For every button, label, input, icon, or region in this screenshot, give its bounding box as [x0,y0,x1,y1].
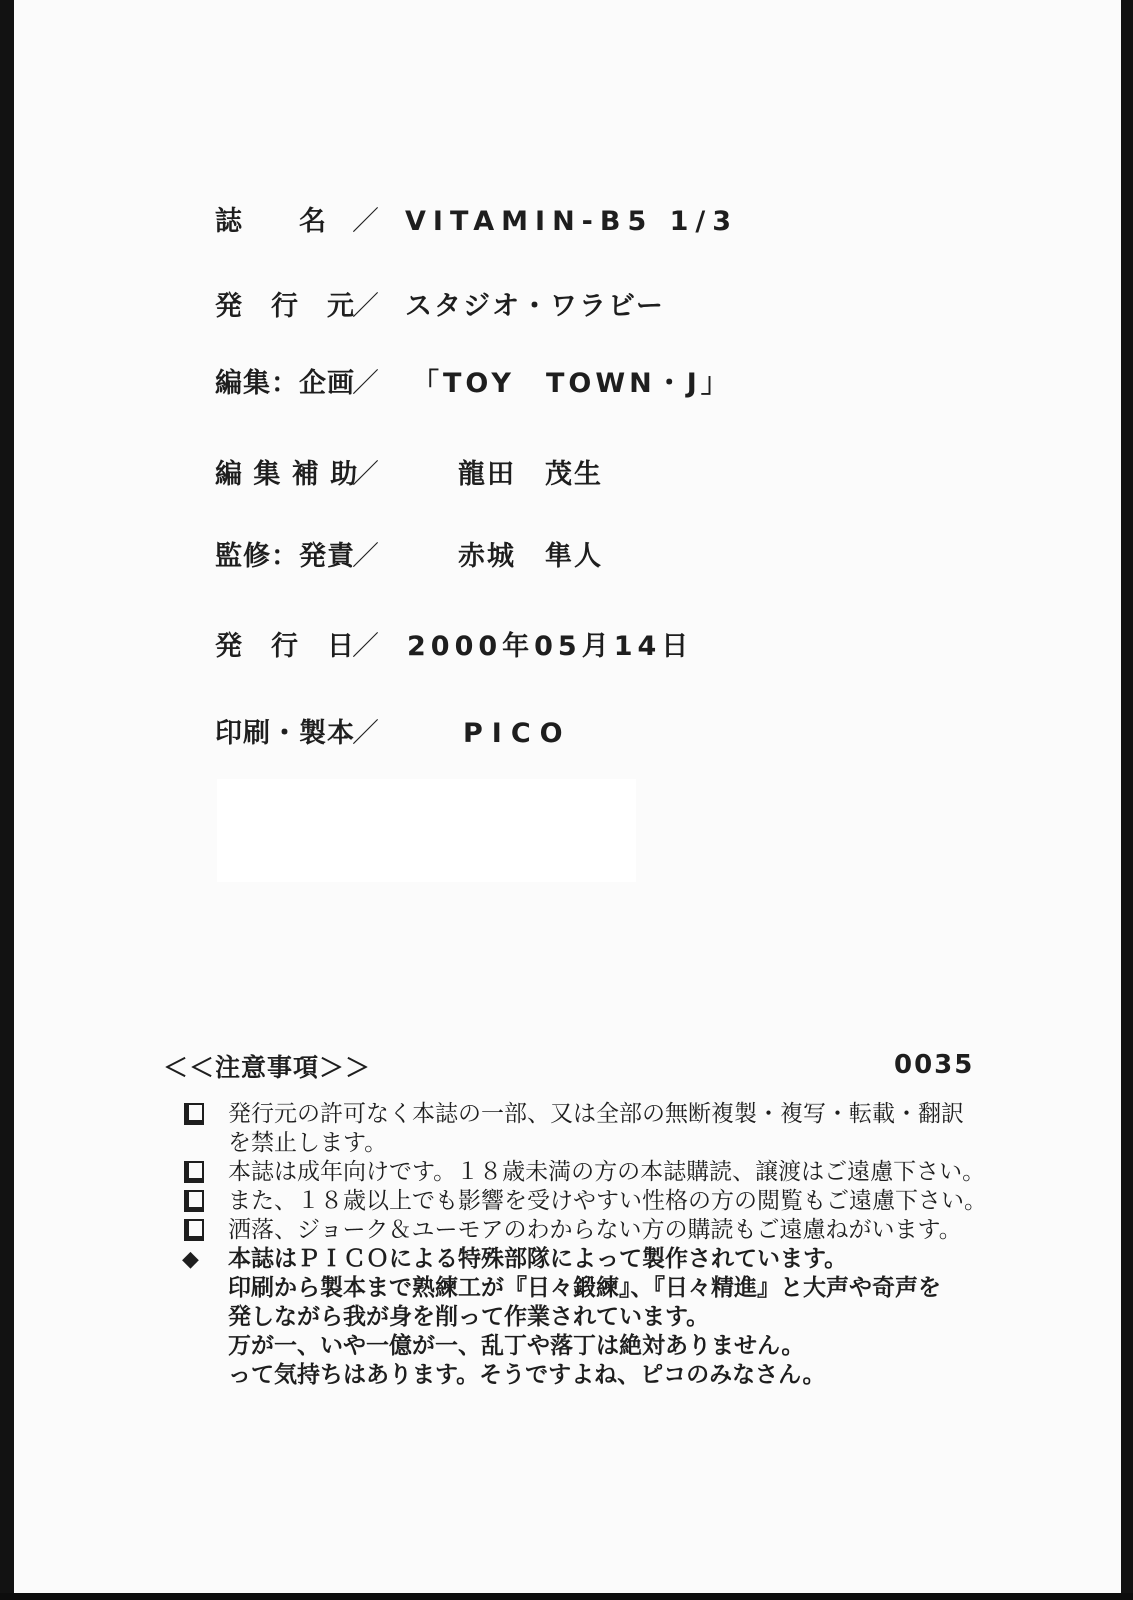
notice-line: 発行元の許可なく本誌の一部、又は全部の無断複製・複写・転載・翻訳 [0,1100,1133,1129]
colophon-slash-separator: ／ [352,368,379,400]
colophon-slash-separator: ／ [352,206,379,238]
colophon-label: 編 集 補 助 [215,459,358,491]
colophon-slash-separator: ／ [352,541,379,573]
colophon-label: 誌 名 [215,206,327,238]
colophon-value: 「TOY TOWN・J」 [412,368,732,400]
notice-line: 本誌は成年向けです。１８歳未満の方の本誌購読、譲渡はご遠慮下さい。 [0,1158,1133,1187]
checkbox-bullet-icon [184,1190,204,1212]
scan-border-bottom [0,1593,1133,1600]
colophon-label: 編集：企画 [215,368,355,400]
colophon-row: 発 行 元／スタジオ・ワラビー [0,291,1133,325]
colophon-row: 編 集 補 助／龍田 茂生 [0,459,1133,493]
colophon-slash-separator: ／ [352,718,379,750]
notice-text: また、１８歳以上でも影響を受けやすい性格の方の閲覧もご遠慮下さい。 [228,1187,987,1216]
notice-list: 発行元の許可なく本誌の一部、又は全部の無断複製・複写・転載・翻訳を禁止します。本… [0,1100,1133,1390]
notice-line: 発しながら我が身を削って作業されています。 [0,1303,1133,1332]
notice-line: を禁止します。 [0,1129,1133,1158]
notice-line: 万が一、いや一億が一、乱丁や落丁は絶対ありません。 [0,1332,1133,1361]
colophon-value: スタジオ・ワラビー [405,291,665,323]
notice-line: 洒落、ジョーク＆ユーモアのわからない方の購読もご遠慮ねがいます。 [0,1216,1133,1245]
colophon-label: 発 行 日 [215,631,355,663]
colophon-row: 編集：企画／「TOY TOWN・J」 [0,368,1133,402]
colophon-label: 発 行 元 [215,291,355,323]
notice-text: 洒落、ジョーク＆ユーモアのわからない方の購読もご遠慮ねがいます。 [228,1216,962,1245]
colophon-slash-separator: ／ [352,291,379,323]
checkbox-bullet-icon [184,1103,204,1125]
checkbox-bullet-icon [184,1161,204,1183]
colophon-row: 誌 名／VITAMIN-B5 1/3 [0,206,1133,240]
colophon-value: 赤城 隼人 [458,541,603,573]
notice-line: ◆本誌はＰＩＣＯによる特殊部隊によって製作されています。 [0,1245,1133,1274]
notice-text: を禁止します。 [228,1129,387,1158]
colophon-row: 印刷・製本／PICO [0,718,1133,752]
colophon-slash-separator: ／ [352,631,379,663]
page-number: 0035 [894,1050,974,1080]
colophon-label: 印刷・製本 [215,718,355,750]
blank-redacted-box [217,779,636,882]
colophon-value: VITAMIN-B5 1/3 [405,206,738,238]
notice-text: 印刷から製本まで熟練工が『日々鍛練』、『日々精進』と大声や奇声を [228,1274,941,1303]
notice-line: って気持ちはあります。そうですよね、ピコのみなさん。 [0,1361,1133,1390]
notice-text: って気持ちはあります。そうですよね、ピコのみなさん。 [228,1361,826,1390]
colophon-value: 龍田 茂生 [458,459,603,491]
notice-line: 印刷から製本まで熟練工が『日々鍛練』、『日々精進』と大声や奇声を [0,1274,1133,1303]
colophon-row: 監修：発責／赤城 隼人 [0,541,1133,575]
checkbox-bullet-icon [184,1219,204,1241]
colophon-value: PICO [463,718,572,750]
notice-heading: ＜＜注意事項＞＞ [163,1048,371,1084]
notice-text: 発行元の許可なく本誌の一部、又は全部の無断複製・複写・転載・翻訳 [228,1100,964,1129]
colophon-value: 2000年05月14日 [407,631,693,663]
colophon-slash-separator: ／ [352,459,379,491]
colophon-row: 発 行 日／2000年05月14日 [0,631,1133,665]
notice-text: 本誌はＰＩＣＯによる特殊部隊によって製作されています。 [228,1245,847,1274]
notice-text: 本誌は成年向けです。１８歳未満の方の本誌購読、譲渡はご遠慮下さい。 [228,1158,985,1187]
scanned-doujinshi-colophon-page: { "colors": { "paper": "#fbfbfb", "ink":… [0,0,1133,1600]
colophon-label: 監修：発責 [215,541,355,573]
notice-line: また、１８歳以上でも影響を受けやすい性格の方の閲覧もご遠慮下さい。 [0,1187,1133,1216]
diamond-bullet-icon: ◆ [182,1245,199,1274]
notice-text: 万が一、いや一億が一、乱丁や落丁は絶対ありません。 [228,1332,804,1361]
notice-text: 発しながら我が身を削って作業されています。 [228,1303,709,1332]
